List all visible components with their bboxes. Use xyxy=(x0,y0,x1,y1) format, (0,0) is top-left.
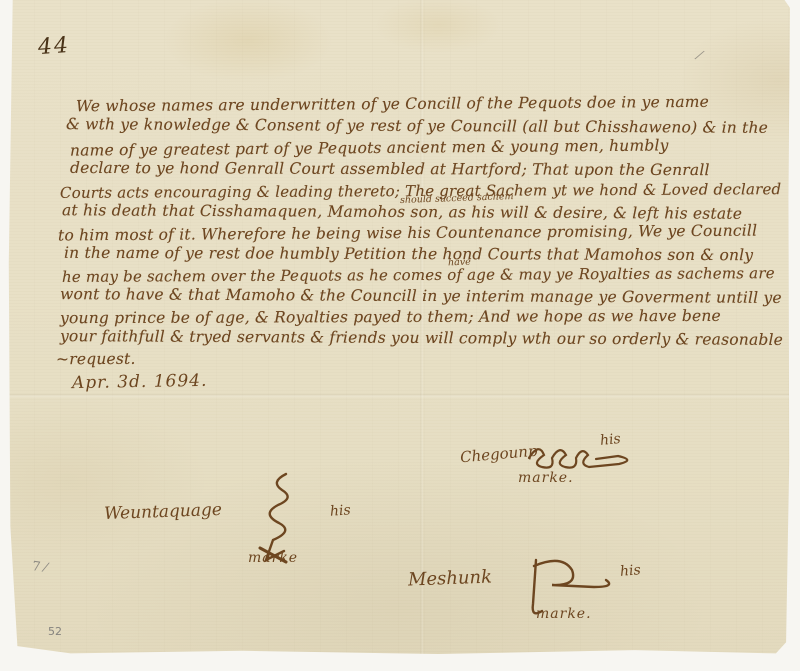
body-line-10: wont to have & that Mamoho & the Council… xyxy=(60,285,782,307)
horizontal-fold-crease xyxy=(8,394,790,398)
signature-his-meshunk: his xyxy=(619,562,641,580)
interlineation-have: have xyxy=(448,257,471,269)
body-line-13: ~request. xyxy=(56,350,136,368)
archive-page-number-top: 44 xyxy=(37,33,71,60)
signature-name-meshunk: Meshunk xyxy=(408,567,493,591)
signature-marke-chegounp: marke. xyxy=(518,470,574,486)
signature-marke-weuntaquage: marke xyxy=(248,550,298,566)
signature-name-weuntaquage: Weuntaquage xyxy=(104,500,223,524)
body-line-11: young prince be of age, & Royalties paye… xyxy=(60,307,721,327)
archive-page-number-bottom: 52 xyxy=(48,625,62,638)
body-line-8: in the name of ye rest doe humbly Petiti… xyxy=(64,244,753,264)
signature-his-weuntaquage: his xyxy=(329,502,351,519)
body-line-4: declare to ye hond Genrall Court assembl… xyxy=(70,159,710,179)
body-line-12: your faithfull & tryed servants & friend… xyxy=(60,327,783,349)
date-line: Apr. 3d. 1694. xyxy=(72,371,208,393)
scanned-document-photo: { "meta": { "archive_number_top": "44", … xyxy=(0,0,800,671)
body-line-2: & wth ye knowledge & Consent of ye rest … xyxy=(66,115,768,137)
body-line-9: he may be sachem over the Pequots as he … xyxy=(62,264,775,286)
signature-his-chegounp: his xyxy=(599,431,621,449)
signature-marke-meshunk: marke. xyxy=(536,606,592,622)
